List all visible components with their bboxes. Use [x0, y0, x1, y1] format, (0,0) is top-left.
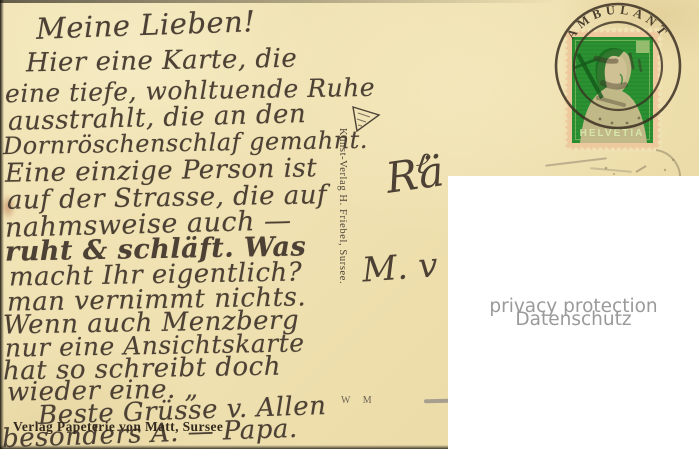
publisher-logo-icon: [350, 103, 382, 135]
address-fragment: Rä: [383, 146, 447, 203]
handwriting-line: Hier eine Karte, die: [26, 44, 298, 79]
privacy-overlay-text: privacy protection Datenschutz: [489, 300, 657, 326]
publisher-side-text: Kunst-Verlag H. Friebel, Sursee.: [337, 128, 348, 340]
address-fragment: M. v: [361, 245, 439, 290]
postcard-photo: Meine Lieben! Hier eine Karte, die eine …: [0, 0, 699, 449]
privacy-overlay: privacy protection Datenschutz: [448, 176, 699, 449]
stamp-value-tablet: [636, 41, 649, 53]
printer-monogram: W M: [341, 395, 377, 406]
stamp-country-label: HELVETIA: [580, 128, 645, 139]
postage-stamp: HELVETIA: [565, 30, 660, 150]
handwriting-line: Meine Lieben!: [35, 4, 256, 46]
publisher-bottom-text: Verlag Papeterie von Matt, Sursee: [13, 419, 223, 435]
ink-dash-mark: [424, 399, 451, 403]
scan-edge-left: [0, 0, 4, 449]
scan-edge-top: [0, 0, 560, 3]
